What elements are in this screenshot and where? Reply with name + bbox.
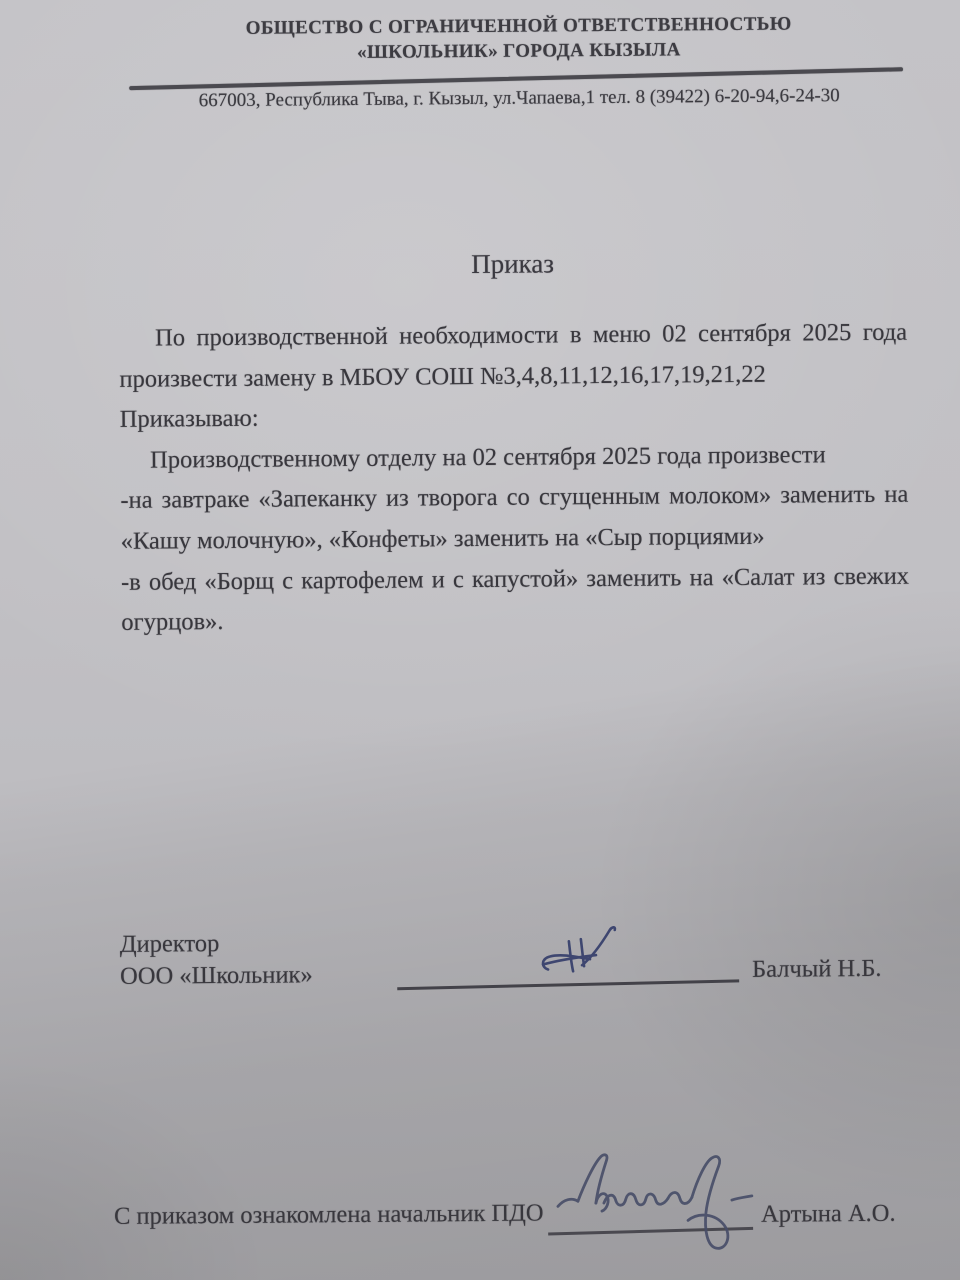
body-line: Приказываю: — [120, 394, 908, 441]
acknowledgement-signature-ink — [552, 1148, 765, 1274]
body-line: -в обед «Борщ с картофелем и с капустой»… — [121, 556, 909, 603]
document-body: По производственной необходимости в меню… — [119, 313, 910, 644]
acknowledgement-name: Артына А.О. — [761, 1200, 896, 1229]
director-role-label: Директор — [120, 930, 220, 959]
document-content: ОБЩЕСТВО С ОГРАНИЧЕННОЙ ОТВЕТСТВЕННОСТЬЮ… — [0, 0, 960, 1280]
acknowledgement-text: С приказом ознакомлена начальник ПДО — [114, 1200, 544, 1231]
body-line: огурцов». — [121, 597, 909, 644]
org-address: 667003, Республика Тыва, г. Кызыл, ул.Ча… — [130, 85, 908, 113]
body-line: -на завтраке «Запеканку из творога со сг… — [120, 475, 908, 522]
body-line: произвести замену в МБОУ СОШ №3,4,8,11,1… — [119, 353, 907, 400]
org-name-line2: «ШКОЛЬНИК» ГОРОДА КЫЗЫЛА — [130, 38, 908, 66]
body-line: «Кашу молочную», «Конфеты» заменить на «… — [121, 516, 909, 563]
scanned-document: ОБЩЕСТВО С ОГРАНИЧЕННОЙ ОТВЕТСТВЕННОСТЬЮ… — [0, 0, 960, 1280]
director-name: Балчый Н.Б. — [752, 955, 882, 984]
director-signature-ink — [538, 919, 633, 990]
director-org-label: ООО «Школьник» — [120, 961, 313, 991]
body-line: Производственному отделу на 02 сентября … — [120, 434, 908, 481]
document-title: Приказ — [118, 246, 906, 283]
org-name-line1: ОБЩЕСТВО С ОГРАНИЧЕННОЙ ОТВЕТСТВЕННОСТЬЮ — [130, 13, 908, 41]
body-line: По производственной необходимости в меню… — [119, 313, 907, 360]
